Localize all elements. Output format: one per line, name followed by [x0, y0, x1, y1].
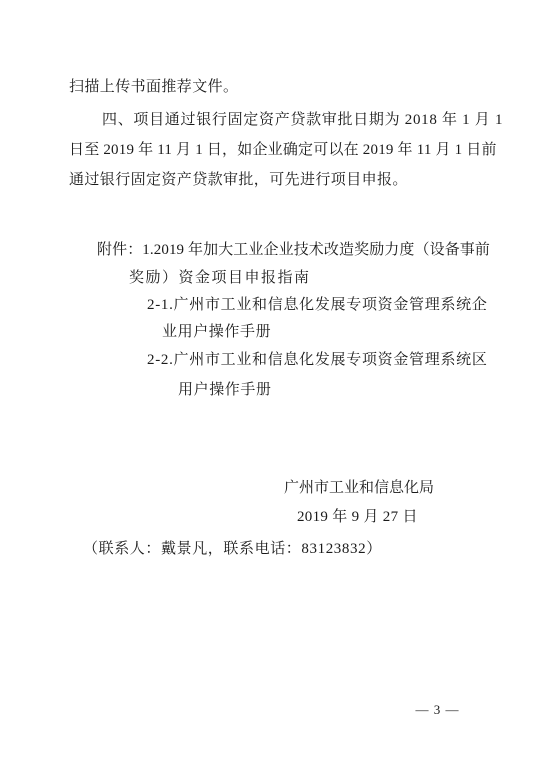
attachment-1-line1: 附件：1.2019 年加大工业企业技术改造奖励力度（设备事前 [97, 240, 490, 260]
attachment-2-2-line1: 2-2.广州市工业和信息化发展专项资金管理系统区 [147, 350, 488, 370]
agency-name: 广州市工业和信息化局 [284, 478, 434, 498]
page-number: — 3 — [385, 700, 490, 720]
attachment-2-2-line2: 用户操作手册 [178, 380, 272, 400]
item4-line3: 通过银行固定资产贷款审批，可先进行项目申报。 [69, 170, 408, 190]
attachment-1-line2: 奖励）资金项目申报指南 [129, 268, 311, 288]
attachment-2-1-line1: 2-1.广州市工业和信息化发展专项资金管理系统企 [147, 295, 488, 315]
contact-info: （联系人：戴景凡，联系电话：83123832） [83, 539, 382, 559]
body-intro-line: 扫描上传书面推荐文件。 [69, 77, 238, 97]
item4-line1: 四、项目通过银行固定资产贷款审批日期为 2018 年 1 月 1 [102, 110, 503, 130]
document-page: 扫描上传书面推荐文件。 四、项目通过银行固定资产贷款审批日期为 2018 年 1… [0, 0, 550, 778]
issue-date: 2019 年 9 月 27 日 [297, 507, 418, 527]
attachment-2-1-line2: 业用户操作手册 [162, 322, 271, 342]
item4-line2: 日至 2019 年 11 月 1 日，如企业确定可以在 2019 年 11 月 … [69, 140, 497, 160]
